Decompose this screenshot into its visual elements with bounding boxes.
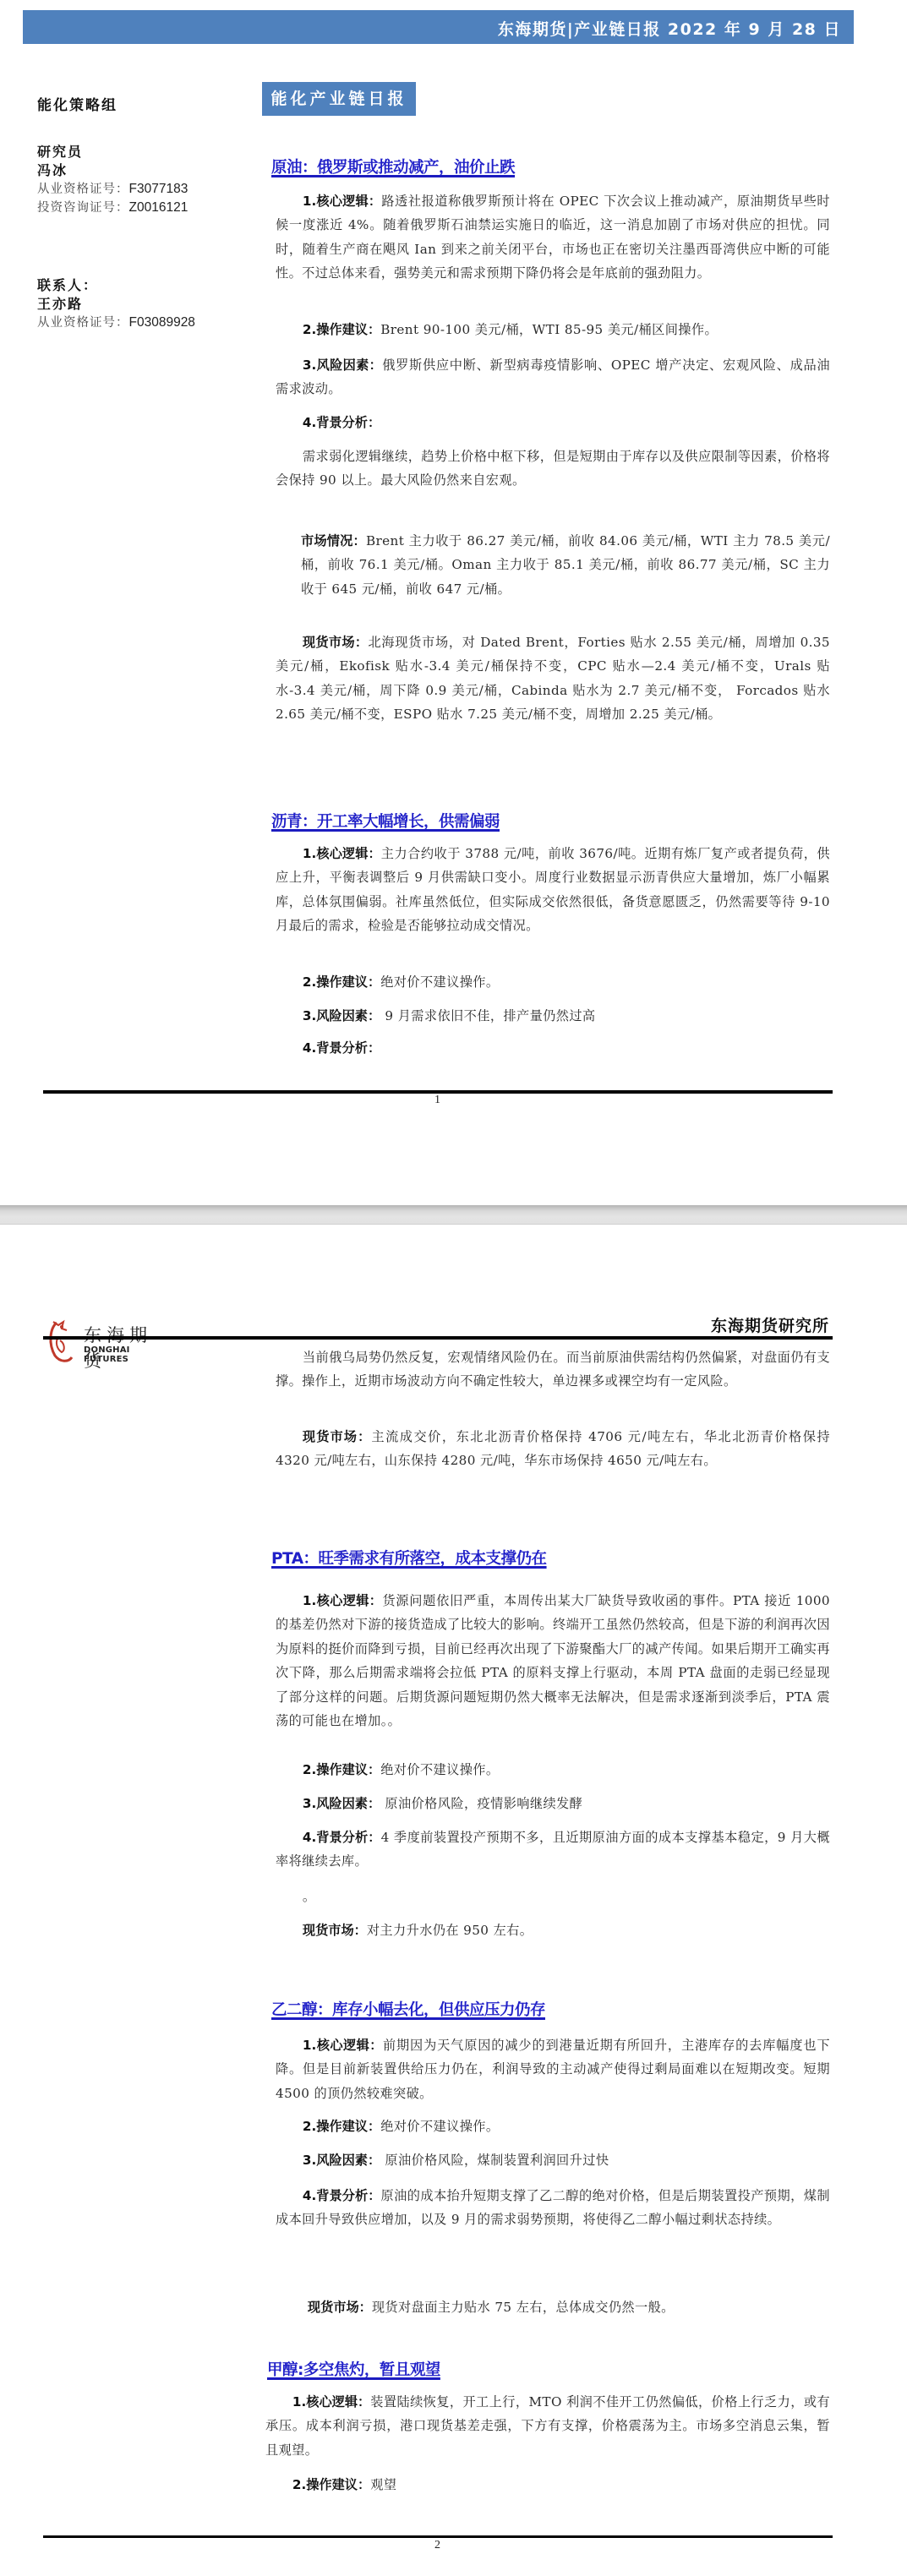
methanol-logic: 1.核心逻辑：装置陆续恢复，开工上行，MTO 利润不佳开工仍然偏低，价格上行乏力…: [265, 2390, 830, 2462]
researcher-cert: 从业资格证号：F3077183: [37, 180, 257, 199]
page-number: 1: [434, 1094, 440, 1107]
section-title-methanol[interactable]: 甲醇:多空焦灼，暂且观望: [267, 2361, 440, 2379]
pta-stray-mark: 。: [276, 1885, 830, 1908]
pta-risk: 3.风险因素： 原油价格风险，疫情影响继续发酵: [276, 1792, 830, 1815]
section-title-pta[interactable]: PTA：旺季需求有所落空，成本支撑仍在: [271, 1550, 547, 1568]
asphalt-spot: 现货市场：主流成交价，东北北沥青价格保持 4706 元/吨左右，华北北沥青价格保…: [276, 1425, 830, 1473]
meg-risk: 3.风险因素： 原油价格风险，煤制装置利润回升过快: [276, 2148, 830, 2172]
pta-spot: 现货市场：对主力升水仍在 950 左右。: [276, 1918, 830, 1942]
meg-advice: 2.操作建议：绝对价不建议操作。: [276, 2115, 830, 2138]
report-banner-title: 东海期货|产业链日报 2022 年 9 月 28 日: [498, 17, 841, 40]
section-pta: PTA：旺季需求有所落空，成本支撑仍在: [276, 1547, 830, 1569]
contact-name: 王亦路: [37, 295, 257, 314]
methanol-advice: 2.操作建议：观望: [265, 2473, 820, 2497]
crude-logic: 1.核心逻辑：路透社报道称俄罗斯预计将在 OPEC 下次会议上推动减产，原油期货…: [276, 189, 830, 286]
asphalt-background-label: 4.背景分析：: [276, 1036, 830, 1060]
asphalt-advice: 2.操作建议：绝对价不建议操作。: [276, 970, 830, 994]
team-name: 能化策略组: [37, 93, 257, 114]
page-number-2: 2: [434, 2539, 440, 2552]
asphalt-risk: 3.风险因素： 9 月需求依旧不佳，排产量仍然过高: [276, 1004, 830, 1028]
crude-advice: 2.操作建议：Brent 90-100 美元/桶，WTI 85-95 美元/桶区…: [276, 318, 830, 341]
institute-name: 东海期货研究所: [711, 1313, 829, 1336]
pta-background: 4.背景分析：4 季度前装置投产预期不多，且近期原油方面的成本支撑基本稳定，9 …: [276, 1826, 830, 1874]
section-title-asphalt[interactable]: 沥青：开工率大幅增长，供需偏弱: [271, 813, 500, 831]
section-meg: 乙二醇：库存小幅去化，但供应压力仍存: [276, 1998, 830, 2020]
meg-logic: 1.核心逻辑：前期因为天气原因的减少的到港量近期有所回升，主港库存的去库幅度也下…: [276, 2033, 830, 2105]
meg-background: 4.背景分析：原油的成本抬升短期支撑了乙二醇的绝对价格，但是后期装置投产预期，煤…: [276, 2184, 830, 2232]
pta-logic: 1.核心逻辑：货源问题依旧严重，本周传出某大厂缺货导致收函的事件。PTA 接近 …: [276, 1589, 830, 1733]
crude-background-label: 4.背景分析：: [276, 411, 830, 434]
author-sidebar: 能化策略组 研究员 冯冰 从业资格证号：F3077183 投资咨询证号：Z001…: [37, 93, 257, 332]
meg-spot: 现货市场：现货对盘面主力贴水 75 左右，总体成交仍然一般。: [276, 2295, 830, 2319]
page-header-rule: [43, 1336, 833, 1340]
researcher-name: 冯冰: [37, 161, 257, 180]
contact-cert: 从业资格证号：F03089928: [37, 314, 257, 332]
pta-advice: 2.操作建议：绝对价不建议操作。: [276, 1758, 830, 1782]
company-logo: 东海期货 DONGHAI FUTURES: [46, 1318, 173, 1365]
report-banner: 东海期货|产业链日报 2022 年 9 月 28 日: [23, 10, 854, 44]
logo-english: DONGHAI FUTURES: [84, 1345, 173, 1364]
crude-risk: 3.风险因素：俄罗斯供应中断、新型病毒疫情影响、OPEC 增产决定、宏观风险、成…: [276, 353, 830, 401]
crude-spot: 现货市场：北海现货市场，对 Dated Brent，Forties 贴水 2.5…: [276, 630, 830, 727]
section-crude: 原油：俄罗斯或推动减产，油价止跌: [276, 156, 830, 177]
section-asphalt: 沥青：开工率大幅增长，供需偏弱: [276, 810, 830, 832]
dragon-logo-icon: [46, 1318, 82, 1365]
section-methanol: 甲醇:多空焦灼，暂且观望: [267, 2358, 822, 2380]
contact-heading: 联系人：: [37, 276, 257, 295]
crude-market: 市场情况：Brent 主力收于 86.27 美元/桶，前收 84.06 美元/桶…: [276, 529, 830, 601]
asphalt-logic: 1.核心逻辑：主力合约收于 3788 元/吨，前收 3676/吨。近期有炼厂复产…: [276, 842, 830, 938]
report-type-tag: 能化产业链日报: [262, 82, 416, 116]
researcher-consult-cert: 投资咨询证号：Z0016121: [37, 199, 257, 217]
researcher-heading: 研究员: [37, 143, 257, 161]
asphalt-background: 当前俄乌局势仍然反复，宏观情绪风险仍在。而当前原油供需结构仍然偏紧，对盘面仍有支…: [276, 1345, 830, 1394]
crude-background: 需求弱化逻辑继续，趋势上价格中枢下移，但是短期由于库存以及供应限制等因素，价格将…: [276, 445, 830, 493]
document-page-1: 东海期货|产业链日报 2022 年 9 月 28 日 能化产业链日报 能化策略组…: [0, 0, 907, 1205]
section-title-meg[interactable]: 乙二醇：库存小幅去化，但供应压力仍存: [271, 2001, 545, 2019]
page-separator: [0, 1205, 907, 1225]
page-footer-rule-2-full: [43, 2535, 833, 2538]
section-title-crude[interactable]: 原油：俄罗斯或推动减产，油价止跌: [271, 159, 515, 177]
